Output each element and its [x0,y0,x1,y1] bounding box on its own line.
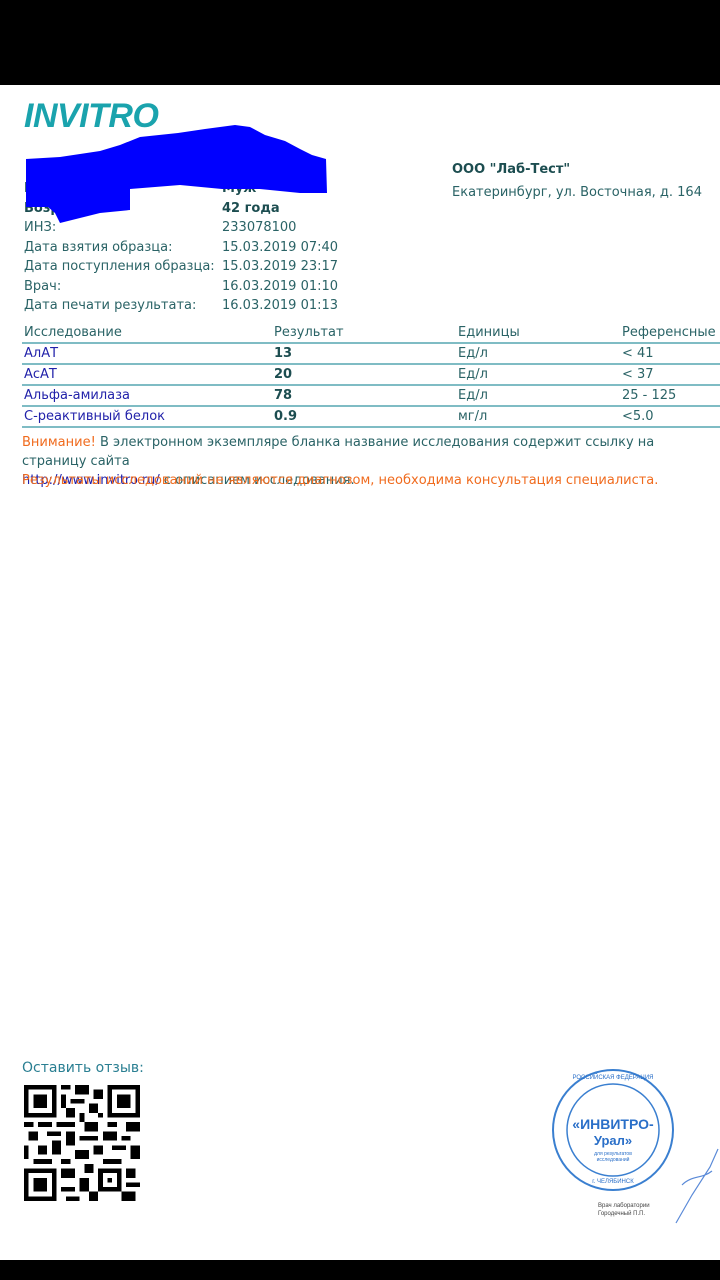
result-value: 20 [272,364,456,385]
info-value: 16.03.2019 01:13 [222,298,338,313]
signer-block: Врач лаборатории Городечный П.П. [598,1202,650,1218]
result-value: 0.9 [272,406,456,427]
redaction-overlay [0,85,340,245]
test-link[interactable]: С-реактивный белок [22,406,272,427]
result-value: 78 [272,385,456,406]
result-unit: Ед/л [456,343,620,364]
stamp-city: г. ЧЕЛЯБИНСК [592,1179,634,1185]
info-value: 15.03.2019 23:17 [222,259,338,274]
signer-title: Врач лаборатории [598,1202,650,1210]
notice-body: В электронном экземпляре бланка название… [22,435,654,469]
header-result: Результат [272,323,456,343]
result-value: 13 [272,343,456,364]
lab-report-page: INVITRO ООО "Лаб-Тест" Екатеринбург, ул.… [0,85,720,1260]
test-link[interactable]: АлАТ [22,343,272,364]
navigation-bar [0,1260,720,1280]
stamp-title-2: Урал» [594,1133,632,1148]
warning-label: Внимание! [22,435,96,450]
table-row: АсАТ 20 Ед/л < 37 [22,364,720,385]
result-unit: мг/л [456,406,620,427]
disclaimer-text: Результаты исследований не являются диаг… [22,473,658,488]
signer-name: Городечный П.П. [598,1210,650,1218]
table-row: Альфа-амилаза 78 Ед/л 25 - 125 [22,385,720,406]
info-label: Дата печати результата: [24,298,196,313]
reference-range: <5.0 [620,406,720,427]
signature-mark [672,1145,720,1225]
header-reference: Референсные зн [620,323,720,343]
reference-range: < 41 [620,343,720,364]
stamp-outer-text: РОССИЙСКАЯ ФЕДЕРАЦИЯ [573,1073,654,1081]
header-test: Исследование [22,323,272,343]
feedback-label: Оставить отзыв: [22,1060,144,1076]
result-unit: Ед/л [456,364,620,385]
stamp-title-1: «ИНВИТРО- [572,1116,654,1132]
result-unit: Ед/л [456,385,620,406]
header-unit: Единицы [456,323,620,343]
qr-code[interactable] [24,1085,140,1201]
lab-address: Екатеринбург, ул. Восточная, д. 164 [452,185,702,200]
results-table: Исследование Результат Единицы Референсн… [22,323,720,428]
seal-stamp: «ИНВИТРО- Урал» для результатов исследов… [548,1065,678,1195]
test-link[interactable]: АсАТ [22,364,272,385]
info-value: 16.03.2019 01:10 [222,279,338,294]
stamp-sub-2: исследований [597,1156,630,1163]
status-bar [0,0,720,85]
reference-range: < 37 [620,364,720,385]
results-header-row: Исследование Результат Единицы Референсн… [22,323,720,343]
table-row: АлАТ 13 Ед/л < 41 [22,343,720,364]
table-row: С-реактивный белок 0.9 мг/л <5.0 [22,406,720,427]
test-link[interactable]: Альфа-амилаза [22,385,272,406]
info-label: Врач: [24,279,61,294]
lab-name: ООО "Лаб-Тест" [452,162,570,177]
reference-range: 25 - 125 [620,385,720,406]
info-label: Дата поступления образца: [24,259,215,274]
